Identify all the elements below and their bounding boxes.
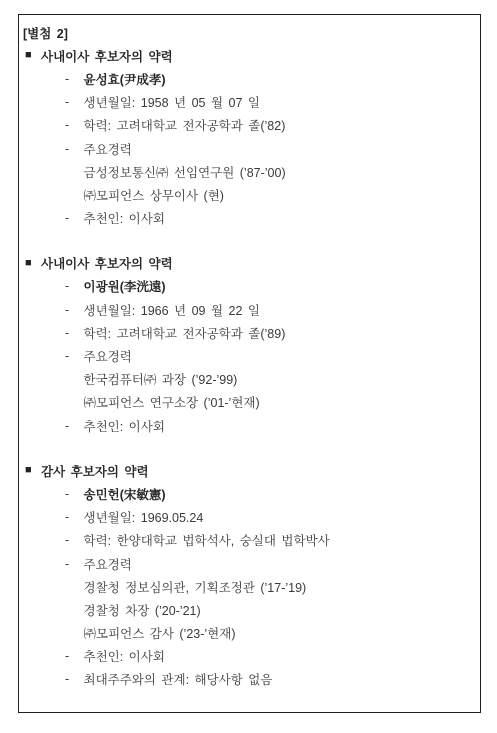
dash-bullet: - [65,118,84,132]
dash-bullet: - [65,487,84,501]
career-entry: 경찰청 차장 (’20-’21) [23,598,474,621]
dash-bullet: - [65,142,84,156]
profile-line-birthdate: - 생년월일: 1969.05.24 [23,506,474,529]
section-marker-icon: ■ [25,258,41,269]
profile-line-birthdate: - 생년월일: 1966 년 09 월 22 일 [23,298,474,321]
profile-line-shareholder-relation: - 최대주주와의 관계: 해당사항 없음 [23,668,474,691]
career-entry: 경찰청 정보심의관, 기획조정관 (’17-’19) [23,575,474,598]
recommender-text: 추천인: 이사회 [84,417,165,435]
career-text: ㈜모피언스 연구소장 (’01-’현재) [84,393,260,411]
career-entry: ㈜모피언스 연구소장 (’01-’현재) [23,391,474,414]
profile-line-career-label: - 주요경력 [23,137,474,160]
career-text: ㈜모피언스 상무이사 (현) [84,186,224,204]
candidate-name: 송민헌(宋敏憲) [84,485,166,503]
recommender-text: 추천인: 이사회 [84,647,165,665]
attachment-tag: [별첨 2] [23,21,474,44]
career-entry: 한국컴퓨터㈜ 과장 (’92-’99) [23,368,474,391]
dash-bullet: - [65,349,84,363]
career-text: 한국컴퓨터㈜ 과장 (’92-’99) [84,370,238,388]
profile-line-recommender: - 추천인: 이사회 [23,207,474,230]
education-text: 학력: 고려대학교 전자공학과 졸(’89) [84,324,286,342]
education-text: 학력: 한양대학교 법학석사, 숭실대 법학박사 [84,531,330,549]
profile-line-education: - 학력: 한양대학교 법학석사, 숭실대 법학박사 [23,529,474,552]
section-marker-icon: ■ [25,50,41,61]
section-header: ■ 사내이사 후보자의 약력 [23,252,474,275]
birthdate-text: 생년월일: 1966 년 09 월 22 일 [84,301,260,319]
career-entry: 금성정보통신㈜ 선임연구원 (’87-’00) [23,160,474,183]
dash-bullet: - [65,672,84,686]
section-header: ■ 감사 후보자의 약력 [23,459,474,482]
section-marker-icon: ■ [25,465,41,476]
career-entry: ㈜모피언스 상무이사 (현) [23,183,474,206]
section-title: 사내이사 후보자의 약력 [41,47,173,65]
dash-bullet: - [65,72,84,86]
profile-line-education: - 학력: 고려대학교 전자공학과 졸(’89) [23,321,474,344]
profile-line-career-label: - 주요경력 [23,344,474,367]
birthdate-text: 생년월일: 1969.05.24 [84,508,204,526]
career-text: ㈜모피언스 감사 (’23-’현재) [84,624,236,642]
profile-line-name: - 송민헌(宋敏憲) [23,482,474,505]
dash-bullet: - [65,649,84,663]
dash-bullet: - [65,303,84,317]
candidate-section-2: ■ 사내이사 후보자의 약력 - 이광원(李洸遠) - 생년월일: 1966 년… [23,252,474,438]
section-title: 사내이사 후보자의 약력 [41,254,173,272]
profile-line-education: - 학력: 고려대학교 전자공학과 졸(’82) [23,114,474,137]
profile-line-recommender: - 추천인: 이사회 [23,414,474,437]
education-text: 학력: 고려대학교 전자공학과 졸(’82) [84,116,286,134]
career-text: 경찰청 정보심의관, 기획조정관 (’17-’19) [84,578,307,596]
career-label: 주요경력 [84,140,132,158]
dash-bullet: - [65,326,84,340]
career-label: 주요경력 [84,347,132,365]
section-header: ■ 사내이사 후보자의 약력 [23,44,474,67]
profile-line-name: - 이광원(李洸遠) [23,275,474,298]
career-entry: ㈜모피언스 감사 (’23-’현재) [23,622,474,645]
profile-line-birthdate: - 생년월일: 1958 년 05 월 07 일 [23,91,474,114]
dash-bullet: - [65,279,84,293]
profile-line-name: - 윤성효(尹成孝) [23,67,474,90]
candidate-section-3: ■ 감사 후보자의 약력 - 송민헌(宋敏憲) - 생년월일: 1969.05.… [23,459,474,691]
dash-bullet: - [65,95,84,109]
candidate-section-1: ■ 사내이사 후보자의 약력 - 윤성효(尹成孝) - 생년월일: 1958 년… [23,44,474,230]
document-page: [별첨 2] ■ 사내이사 후보자의 약력 - 윤성효(尹成孝) - 생년월일:… [18,14,481,713]
dash-bullet: - [65,211,84,225]
dash-bullet: - [65,533,84,547]
birthdate-text: 생년월일: 1958 년 05 월 07 일 [84,93,260,111]
section-title: 감사 후보자의 약력 [41,462,149,480]
profile-line-career-label: - 주요경력 [23,552,474,575]
shareholder-relation-text: 최대주주와의 관계: 해당사항 없음 [84,670,273,688]
dash-bullet: - [65,557,84,571]
dash-bullet: - [65,419,84,433]
career-label: 주요경력 [84,555,132,573]
dash-bullet: - [65,510,84,524]
candidate-name: 이광원(李洸遠) [84,277,166,295]
profile-line-recommender: - 추천인: 이사회 [23,645,474,668]
recommender-text: 추천인: 이사회 [84,209,165,227]
career-text: 금성정보통신㈜ 선임연구원 (’87-’00) [84,163,286,181]
career-text: 경찰청 차장 (’20-’21) [84,601,201,619]
candidate-name: 윤성효(尹成孝) [84,70,166,88]
